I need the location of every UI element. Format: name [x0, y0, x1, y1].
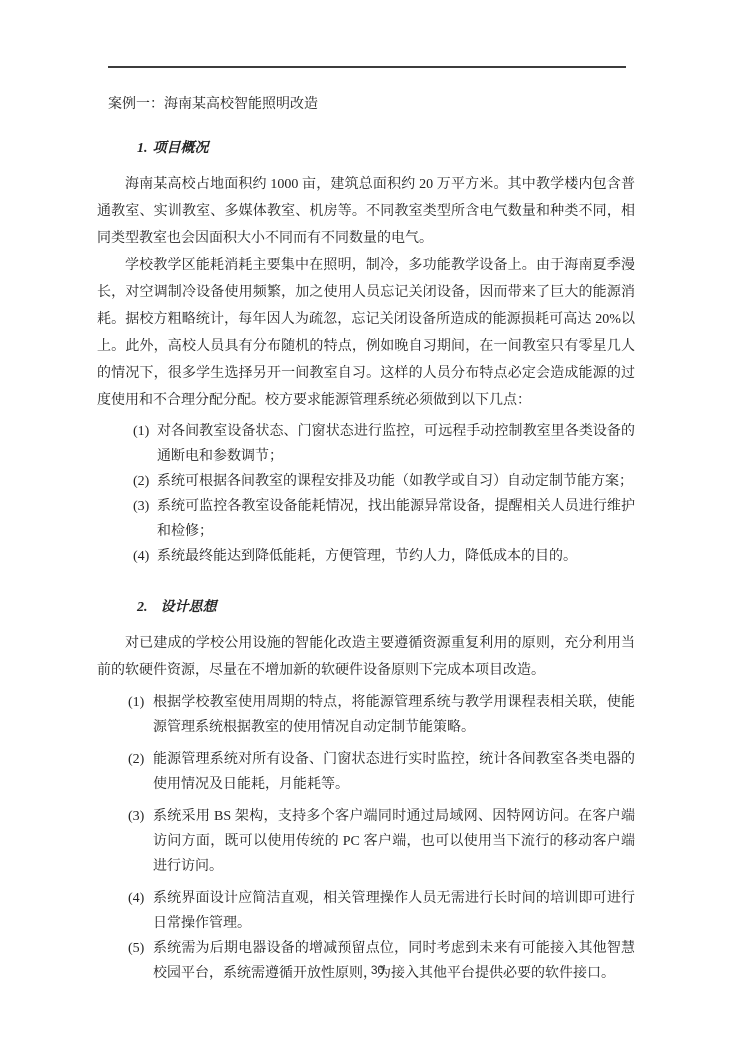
list-item-text: 对各间教室设备状态、门窗状态进行监控，可远程手动控制教室里各类设备的通断电和参数…: [157, 424, 635, 464]
list-item: (1) 对各间教室设备状态、门窗状态进行监控，可远程手动控制教室里各类设备的通断…: [97, 419, 635, 469]
list-item-text: 系统界面设计应简洁直观，相关管理操作人员无需进行长时间的培训即可进行日常操作管理…: [153, 891, 635, 931]
list-item: (2) 系统可根据各间教室的课程安排及功能（如教学或自习）自动定制节能方案；: [97, 469, 635, 494]
list-item: (4) 系统界面设计应简洁直观，相关管理操作人员无需进行长时间的培训即可进行日常…: [97, 886, 635, 936]
list-item-number: (2): [133, 469, 149, 494]
heading-text: 项目概况: [153, 141, 209, 156]
list-item-number: (1): [128, 690, 144, 715]
list-item-text: 系统采用 BS 架构，支持多个客户端同时通过局域网、因特网访问。在客户端访问方面…: [153, 809, 635, 874]
heading-number: 2.: [137, 600, 148, 615]
list-item-number: (1): [133, 419, 149, 444]
list-item-text: 根据学校教室使用周期的特点，将能源管理系统与教学用课程表相关联，使能源管理系统根…: [153, 695, 635, 735]
list-item: (1) 根据学校教室使用周期的特点，将能源管理系统与教学用课程表相关联，使能源管…: [97, 690, 635, 740]
section-design-philosophy: 2.设计思想 对已建成的学校公用设施的智能化改造主要遵循资源重复利用的原则，充分…: [97, 599, 635, 986]
list-item-text: 系统可根据各间教室的课程安排及功能（如教学或自习）自动定制节能方案；: [157, 474, 633, 489]
list-item-text: 系统可监控各教室设备能耗情况，找出能源异常设备，提醒相关人员进行维护和检修；: [157, 499, 635, 539]
section-project-overview: 1.项目概况 海南某高校占地面积约 1000 亩，建筑总面积约 20 万平方米。…: [97, 140, 635, 569]
paragraph: 海南某高校占地面积约 1000 亩，建筑总面积约 20 万平方米。其中教学楼内包…: [97, 171, 635, 252]
list-item-number: (2): [128, 747, 144, 772]
document-title: 案例一：海南某高校智能照明改造: [108, 96, 635, 114]
list-item-number: (3): [128, 804, 144, 829]
list-item-number: (4): [128, 886, 144, 911]
heading-text: 设计思想: [161, 600, 217, 615]
heading-number: 1.: [137, 141, 148, 156]
header-rule: [108, 66, 626, 68]
list-item: (5) 系统需为后期电器设备的增减预留点位，同时考虑到未来有可能接入其他智慧校园…: [97, 936, 635, 986]
list-item: (3) 系统采用 BS 架构，支持多个客户端同时通过局域网、因特网访问。在客户端…: [97, 804, 635, 879]
section-heading: 2.设计思想: [137, 599, 635, 617]
list-item-number: (3): [133, 494, 149, 519]
list-item: (2) 能源管理系统对所有设备、门窗状态进行实时监控，统计各间教室各类电器的使用…: [97, 747, 635, 797]
numbered-list: (1) 根据学校教室使用周期的特点，将能源管理系统与教学用课程表相关联，使能源管…: [97, 690, 635, 986]
paragraph: 对已建成的学校公用设施的智能化改造主要遵循资源重复利用的原则，充分利用当前的软硬…: [97, 630, 635, 684]
section-heading: 1.项目概况: [137, 140, 635, 158]
page-number: 30: [0, 963, 733, 977]
list-item-text: 系统最终能达到降低能耗，方便管理，节约人力，降低成本的目的。: [157, 549, 577, 564]
list-item-number: (5): [128, 936, 144, 961]
list-item: (4) 系统最终能达到降低能耗，方便管理，节约人力，降低成本的目的。: [97, 544, 635, 569]
paragraph: 学校教学区能耗消耗主要集中在照明，制冷，多功能教学设备上。由于海南夏季漫长，对空…: [97, 252, 635, 414]
list-item-number: (4): [133, 544, 149, 569]
page: 案例一：海南某高校智能照明改造 1.项目概况 海南某高校占地面积约 1000 亩…: [0, 0, 733, 1037]
list-item: (3) 系统可监控各教室设备能耗情况，找出能源异常设备，提醒相关人员进行维护和检…: [97, 494, 635, 544]
list-item-text: 能源管理系统对所有设备、门窗状态进行实时监控，统计各间教室各类电器的使用情况及日…: [153, 752, 635, 792]
numbered-list: (1) 对各间教室设备状态、门窗状态进行监控，可远程手动控制教室里各类设备的通断…: [97, 419, 635, 569]
